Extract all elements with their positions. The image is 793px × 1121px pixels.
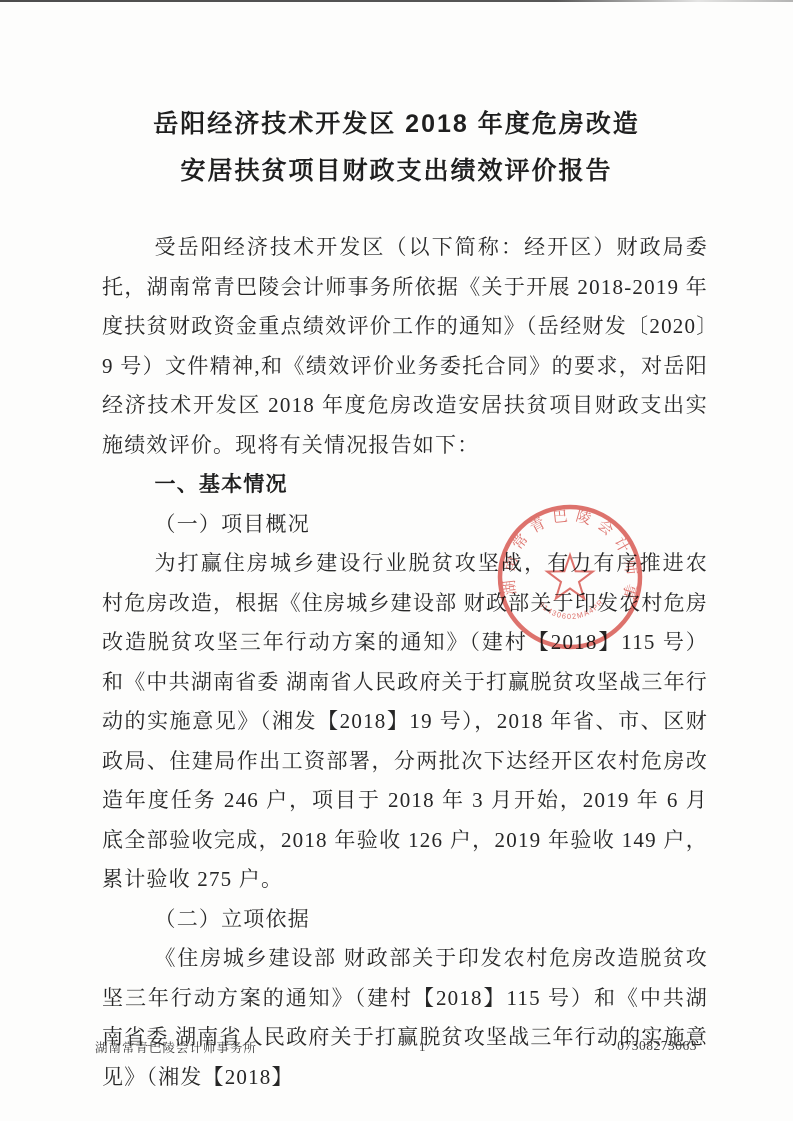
title-line-1: 岳阳经济技术开发区 2018 年度危房改造	[0, 101, 793, 148]
footer-phone-number: 07308273063	[617, 1038, 697, 1054]
section-heading-basic: 一、基本情况	[102, 465, 708, 505]
document-page: 岳阳经济技术开发区 2018 年度危房改造 安居扶贫项目财政支出绩效评价报告 受…	[0, 0, 793, 1121]
title-line-2: 安居扶贫项目财政支出绩效评价报告	[0, 148, 793, 195]
paragraph-intro: 受岳阳经济技术开发区（以下简称：经开区）财政局委托，湖南常青巴陵会计师事务所依据…	[102, 228, 708, 465]
subheading-project-overview: （一）项目概况	[102, 505, 708, 545]
scan-artifact-top-edge	[0, 0, 793, 2]
subheading-approval-basis: （二）立项依据	[102, 900, 708, 940]
document-body: 受岳阳经济技术开发区（以下简称：经开区）财政局委托，湖南常青巴陵会计师事务所依据…	[0, 228, 793, 1097]
footer-firm-name: 湖南常青巴陵会计师事务所	[95, 1038, 257, 1056]
document-title: 岳阳经济技术开发区 2018 年度危房改造 安居扶贫项目财政支出绩效评价报告	[0, 101, 793, 195]
paragraph-project-overview: 为打赢住房城乡建设行业脱贫攻坚战，有力有序推进农村危房改造，根据《住房城乡建设部…	[102, 544, 708, 900]
paragraph-approval-basis: 《住房城乡建设部 财政部关于印发农村危房改造脱贫攻坚三年行动方案的通知》（建村【…	[102, 939, 708, 1097]
page-footer: 湖南常青巴陵会计师事务所 1 07308273063	[0, 1038, 793, 1060]
footer-page-number: 1	[419, 1039, 426, 1055]
